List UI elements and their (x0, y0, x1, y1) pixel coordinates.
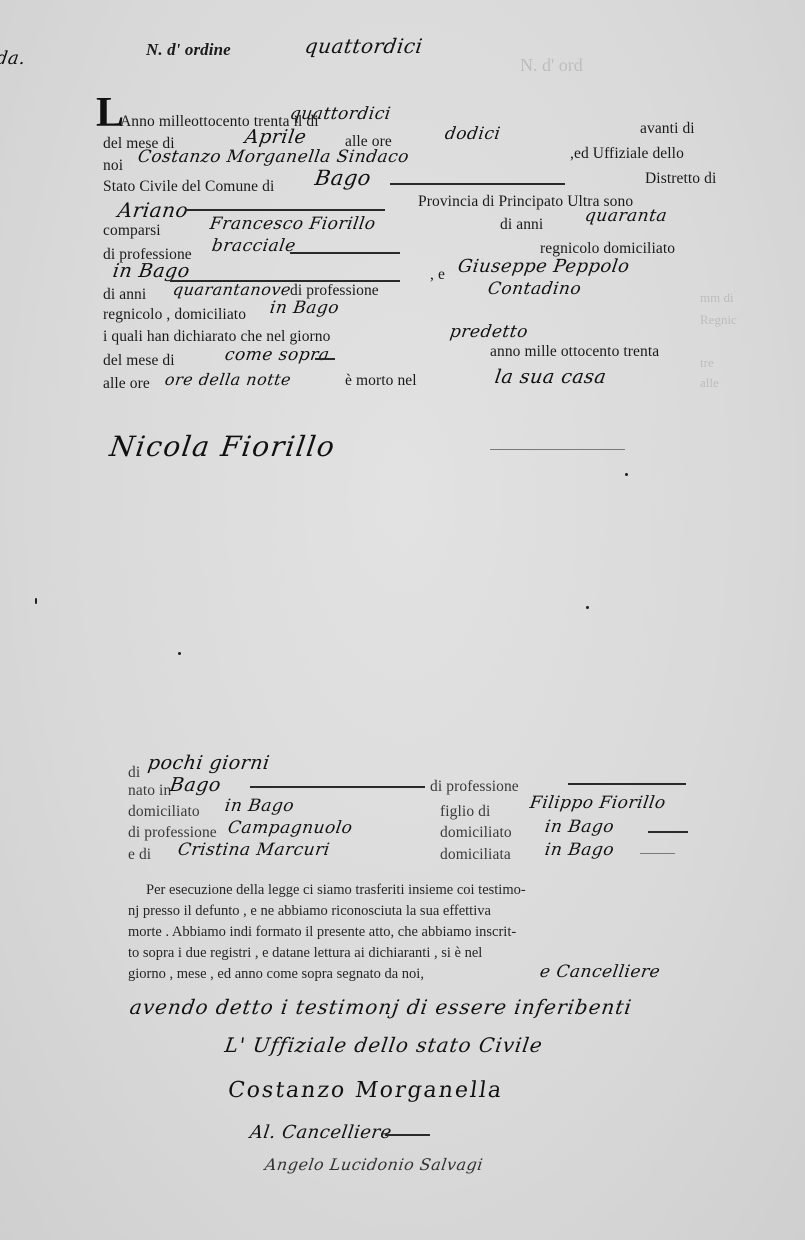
declarant-2-profession: Contadino (487, 279, 583, 299)
distretto-handwritten: Ariano (116, 198, 190, 222)
scanned-page: N. d' ord mm di Regnic tre alle da. N. d… (0, 0, 805, 1240)
mother-name: Cristina Marcuri (177, 840, 332, 860)
signature-witness: Angelo Lucidonio Salvagi (264, 1155, 485, 1174)
comune-label: Stato Civile del Comune di (103, 178, 274, 196)
fill-line (315, 358, 335, 360)
uffiziale-label: ,ed Uffiziale dello (570, 145, 684, 163)
closing-handwritten-tail: e Cancelliere (539, 962, 662, 982)
born-in-label: nato in (128, 782, 171, 800)
day-handwritten: quattordici (289, 104, 393, 124)
closing-line: Per esecuzione della legge ci siamo tras… (128, 880, 728, 901)
ink-speck (625, 473, 628, 476)
age-label-2: di anni (103, 286, 146, 304)
declarant-2-name: Giuseppe Peppolo (457, 256, 631, 277)
declarant-1-age: quaranta (584, 206, 669, 226)
declarant-1-domicile: in Bago (111, 260, 191, 282)
year-label: anno mille ottocento trenta (490, 343, 659, 361)
father-name: Filippo Fiorillo (529, 793, 667, 813)
closing-line: morte . Abbiamo indi formato il presente… (128, 922, 728, 943)
fill-line (385, 1134, 430, 1136)
birthplace: Bago (168, 774, 222, 796)
month-handwritten: Aprile (243, 126, 307, 148)
fill-line (568, 783, 686, 785)
fill-line (390, 183, 565, 185)
and-label: , e (430, 266, 445, 284)
deceased-domicile-label: domiciliato (128, 803, 200, 821)
closing-handwritten-note: avendo detto i testimonj di essere infer… (128, 995, 633, 1019)
age-label: di anni (500, 216, 543, 234)
closing-line: nj presso il defunto , e ne abbiamo rico… (128, 901, 728, 922)
fill-line (290, 252, 400, 254)
mother-domicile-label: domiciliata (440, 846, 511, 864)
bleed-through-text: tre (700, 355, 714, 371)
order-number-label: N. d' ordine (146, 40, 231, 60)
fill-line (490, 449, 625, 450)
father-profession: Campagnuolo (227, 818, 354, 838)
bleed-through-text: mm di (700, 290, 734, 306)
distretto-label: Distretto di (645, 170, 716, 188)
order-number-value: quattordici (303, 34, 424, 58)
ink-speck (586, 606, 589, 609)
deceased-name: Nicola Fiorillo (108, 430, 338, 463)
mother-label: e di (128, 846, 151, 864)
fill-line (250, 786, 425, 788)
deceased-domicile: in Bago (224, 796, 296, 816)
avanti-label: avanti di (640, 120, 695, 138)
bleed-through-text: alle (700, 375, 719, 391)
signature-official: Costanzo Morganella (226, 1078, 505, 1103)
death-hour: ore della notte (164, 370, 293, 389)
month-reference: come sopra (224, 345, 331, 365)
fill-line (640, 853, 675, 854)
age-prefix-label: di (128, 764, 140, 782)
ink-speck (35, 598, 37, 604)
hour-handwritten: dodici (444, 124, 502, 144)
comune-handwritten: Bago (313, 166, 372, 190)
declarant-2-domicile: in Bago (269, 298, 341, 318)
declarant-1-name: Francesco Fiorillo (209, 214, 377, 234)
declared-label: i quali han dichiarato che nel giorno (103, 328, 331, 346)
domiciliato-label: regnicolo , domiciliato (103, 306, 246, 324)
hour-label-2: alle ore (103, 375, 150, 393)
deceased-age: pochi giorni (146, 752, 271, 774)
fill-line (185, 209, 385, 211)
declarant-2-age: quarantanove (172, 280, 293, 299)
comparsi-label: comparsi (103, 222, 161, 240)
ink-speck (178, 652, 181, 655)
bleed-through-text: Regnic (700, 312, 737, 328)
mother-domicile: in Bago (544, 840, 616, 860)
declarant-1-profession: bracciale (211, 236, 298, 256)
father-domicile-label: domiciliato (440, 824, 512, 842)
signature-cancelliere: Al. Cancelliere (249, 1122, 394, 1143)
deceased-profession-label: di professione (430, 778, 519, 796)
closing-line: to sopra i due registri , e datane lettu… (128, 943, 728, 964)
morto-label: è morto nel (345, 372, 417, 390)
month-label-2: del mese di (103, 352, 175, 370)
official-title: L' Uffiziale dello stato Civile (223, 1033, 544, 1057)
day-reference: predetto (449, 322, 530, 342)
death-place: la sua casa (493, 366, 607, 388)
father-domicile: in Bago (544, 817, 616, 837)
son-of-label: figlio di (440, 803, 490, 821)
fill-line (648, 831, 688, 833)
bleed-through-header: N. d' ord (520, 55, 583, 76)
official-name-handwritten: Costanzo Morganella Sindaco (137, 147, 411, 167)
margin-note: da. (0, 48, 27, 69)
noi-label: noi (103, 157, 123, 175)
